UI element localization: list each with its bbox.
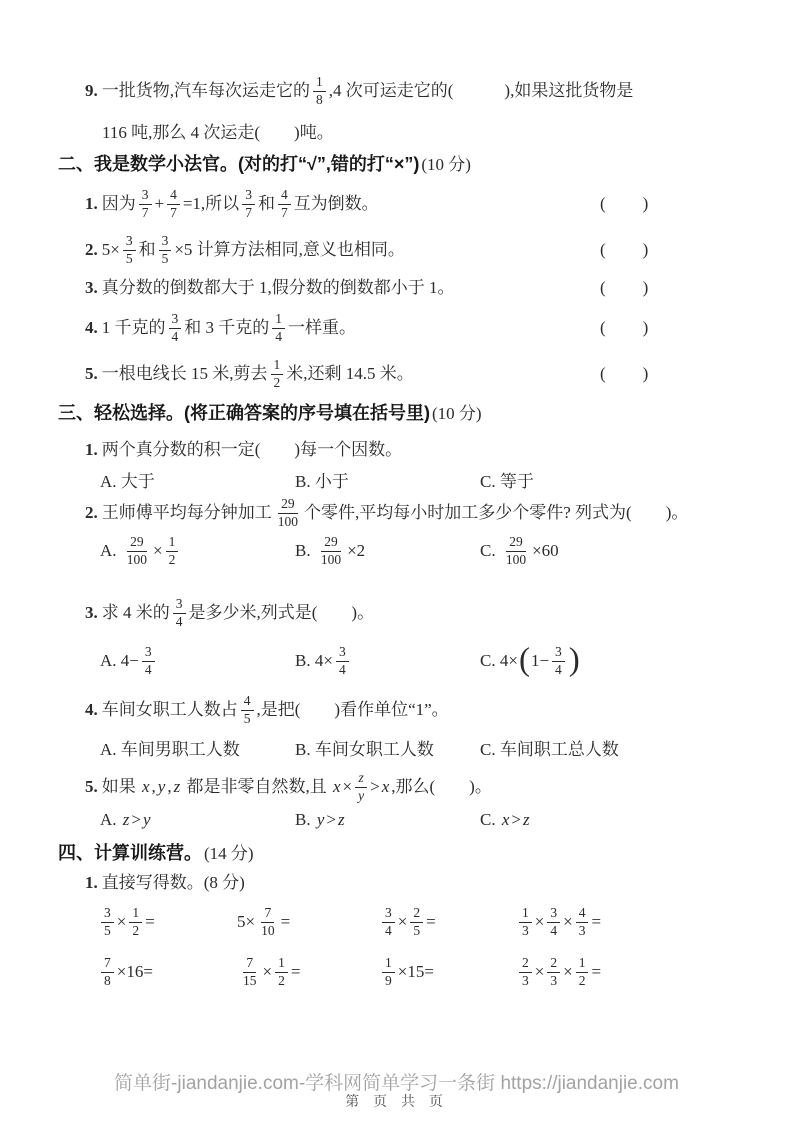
fraction: 47 xyxy=(167,187,180,222)
calc-row-2: 78×16= 715×12= 19×15= 23×23×12= xyxy=(98,952,601,992)
mc-item-1-stem: 1. 两个真分数的积一定( )每一个因数。 xyxy=(85,439,402,461)
question-9-line-2: 116 吨,那么 4 次运走( )吨。 xyxy=(102,122,334,144)
calc-expression: 35×12= xyxy=(98,905,237,940)
mc-item-2-options: A. 29100×12 B. 29100×2 C. 29100×60 xyxy=(100,531,559,571)
big-parenthesis: ( xyxy=(519,646,530,676)
mc-item-4-text: 车间女职工人数占45,是把( )看作单位“1”。 xyxy=(102,693,449,728)
calc-sub-score: (8 分) xyxy=(204,873,245,893)
mc-item-3-text: 求 4 米的34是多少米,列式是( )。 xyxy=(102,596,374,631)
tf-item-1-answer: ( ) xyxy=(600,184,649,224)
fraction: 37 xyxy=(139,187,152,222)
fraction: 43 xyxy=(576,905,589,940)
tf-item-3: 3. 真分数的倒数都大于 1,假分数的倒数都小于 1。 xyxy=(85,277,455,299)
tf-item-4-number: 4. xyxy=(85,318,98,338)
fraction: 23 xyxy=(547,955,560,990)
tf-item-1-number: 1. xyxy=(85,194,98,214)
fraction: 710 xyxy=(258,905,278,940)
calc-sub-text: 直接写得数。 xyxy=(102,873,204,893)
option-b: B. 4×34 xyxy=(295,644,480,679)
fraction: 29100 xyxy=(124,534,150,569)
section-2-heading: 二、我是数学小法官。(对的打“√”,错的打“×”)(10 分) xyxy=(58,154,471,176)
tf-item-2-text: 5×35和35×5 计算方法相同,意义也相同。 xyxy=(102,233,405,268)
section-3-heading: 三、轻松选择。(将正确答案的序号填在括号里)(10 分) xyxy=(58,403,482,425)
math-variable: y xyxy=(143,810,151,830)
question-9-line-1: 9. 一批货物,汽车每次运走它的18,4 次可运走它的( ),如果这批货物是 xyxy=(85,71,633,111)
mc-item-1-text: 两个真分数的积一定( )每一个因数。 xyxy=(102,440,402,460)
answer-parens: ( ) xyxy=(600,278,649,298)
calc-expression: 5×710= xyxy=(237,905,379,940)
calc-expression: 23×23×12= xyxy=(516,955,601,990)
question-9-text-continued: 116 吨,那么 4 次运走( )吨。 xyxy=(102,123,334,143)
fraction: 35 xyxy=(123,233,136,268)
fraction: 34 xyxy=(336,644,349,679)
calc-expression: 715×12= xyxy=(237,955,379,990)
tf-item-3-answer: ( ) xyxy=(600,277,649,299)
option-c: C. 车间职工总人数 xyxy=(480,735,619,760)
option-c: C. 4×(1−34) xyxy=(480,644,581,679)
fraction: 34 xyxy=(547,905,560,940)
tf-item-1-text: 因为37+47=1,所以37和47互为倒数。 xyxy=(102,187,379,222)
math-variable: z xyxy=(123,810,130,830)
option-b: B. 车间女职工人数 xyxy=(295,735,480,760)
fraction: zy xyxy=(355,770,367,805)
calc-expression: 34×25= xyxy=(379,905,516,940)
fraction: 18 xyxy=(313,74,326,109)
option-c: C. 等于 xyxy=(480,467,534,492)
section-3-score: (10 分) xyxy=(432,404,482,424)
section-4-score: (14 分) xyxy=(204,844,254,864)
tf-item-5-number: 5. xyxy=(85,364,98,384)
math-variable: z xyxy=(338,810,345,830)
fraction: 37 xyxy=(242,187,255,222)
worksheet-page: 9. 一批货物,汽车每次运走它的18,4 次可运走它的( ),如果这批货物是 1… xyxy=(0,0,793,1122)
calc-row-1: 35×12= 5×710= 34×25= 13×34×43= xyxy=(98,902,601,942)
mc-item-3-number: 3. xyxy=(85,603,98,623)
answer-parens: ( ) xyxy=(600,318,649,338)
fraction: 78 xyxy=(101,955,114,990)
fraction: 12 xyxy=(275,955,288,990)
calc-expression: 19×15= xyxy=(379,955,516,990)
tf-item-5-text: 一根电线长 15 米,剪去12米,还剩 14.5 米。 xyxy=(102,357,414,392)
fraction: 12 xyxy=(271,357,284,392)
fraction: 35 xyxy=(159,233,172,268)
answer-parens: ( ) xyxy=(600,194,649,214)
fraction: 23 xyxy=(519,955,532,990)
mc-item-2-stem: 2. 王师傅平均每分钟加工29100个零件,平均每小时加工多少个零件? 列式为(… xyxy=(85,493,688,533)
fraction: 34 xyxy=(382,905,395,940)
math-variable: y xyxy=(317,810,325,830)
question-9-number: 9. xyxy=(85,81,98,101)
calc-expression: 13×34×43= xyxy=(516,905,601,940)
mc-item-1-options: A. 大于 B. 小于 C. 等于 xyxy=(100,467,534,489)
tf-item-2-number: 2. xyxy=(85,240,98,260)
math-variable: z xyxy=(174,777,181,797)
tf-item-4-text: 1 千克的34和 3 千克的14一样重。 xyxy=(102,311,356,346)
fraction: 35 xyxy=(101,905,114,940)
fraction: 34 xyxy=(173,596,186,631)
option-b: B. 29100×2 xyxy=(295,534,480,569)
fraction: 29100 xyxy=(503,534,529,569)
math-variable: x xyxy=(502,810,510,830)
fraction: 14 xyxy=(272,311,285,346)
section-4-heading-text: 四、计算训练营。 xyxy=(58,843,202,865)
tf-item-2-answer: ( ) xyxy=(600,230,649,270)
fraction: 12 xyxy=(576,955,589,990)
option-b: B. y>z xyxy=(295,810,480,830)
footer-page-line: 第 页 共 页 xyxy=(0,1091,793,1111)
mc-item-4-options: A. 车间男职工人数 B. 车间女职工人数 C. 车间职工总人数 xyxy=(100,735,619,757)
calc-sub-number: 1. xyxy=(85,873,98,893)
calc-subheading: 1. 直接写得数。 (8 分) xyxy=(85,872,245,894)
footer-site-line: 简单街-jiandanjie.com-学科网简单学习一条街 https://ji… xyxy=(0,1068,793,1090)
section-3-heading-text: 三、轻松选择。(将正确答案的序号填在括号里) xyxy=(58,403,430,425)
big-parenthesis: ) xyxy=(569,646,580,676)
math-variable: x xyxy=(333,777,341,797)
fraction: 12 xyxy=(166,534,179,569)
mc-item-3-options: A. 4−34 B. 4×34 C. 4×(1−34) xyxy=(100,639,581,683)
tf-item-5: 5. 一根电线长 15 米,剪去12米,还剩 14.5 米。 xyxy=(85,354,414,394)
fraction: 12 xyxy=(129,905,142,940)
option-c: C. 29100×60 xyxy=(480,534,559,569)
fraction: 29100 xyxy=(275,496,301,531)
fraction: 13 xyxy=(519,905,532,940)
mc-item-4-stem: 4. 车间女职工人数占45,是把( )看作单位“1”。 xyxy=(85,690,449,730)
fraction: 34 xyxy=(142,644,155,679)
tf-item-3-text: 真分数的倒数都大于 1,假分数的倒数都小于 1。 xyxy=(102,278,455,298)
option-a: A. 大于 xyxy=(100,467,295,492)
fraction: 715 xyxy=(240,955,260,990)
answer-parens: ( ) xyxy=(600,240,649,260)
fraction: 45 xyxy=(241,693,254,728)
calc-expression: 78×16= xyxy=(98,955,237,990)
question-9-text: 一批货物,汽车每次运走它的18,4 次可运走它的( ),如果这批货物是 xyxy=(102,74,634,109)
option-a: A. 29100×12 xyxy=(100,534,295,569)
tf-item-3-number: 3. xyxy=(85,278,98,298)
tf-item-1: 1. 因为37+47=1,所以37和47互为倒数。 xyxy=(85,184,379,224)
mc-item-3-stem: 3. 求 4 米的34是多少米,列式是( )。 xyxy=(85,593,374,633)
math-variable: z xyxy=(523,810,530,830)
fraction: 34 xyxy=(552,644,565,679)
tf-item-4: 4. 1 千克的34和 3 千克的14一样重。 xyxy=(85,308,356,348)
mc-item-1-number: 1. xyxy=(85,440,98,460)
math-variable: x xyxy=(142,777,150,797)
mc-item-5-options: A. z>y B. y>z C. x>z xyxy=(100,809,532,831)
math-variable: x xyxy=(382,777,390,797)
option-a: A. z>y xyxy=(100,810,295,830)
fraction: 47 xyxy=(278,187,291,222)
mc-item-4-number: 4. xyxy=(85,700,98,720)
math-variable: y xyxy=(158,777,166,797)
option-a: A. 4−34 xyxy=(100,644,295,679)
answer-parens: ( ) xyxy=(600,364,649,384)
mc-item-5-text: 如果 x,y,z 都是非零自然数,且 x×zy>x,那么( )。 xyxy=(102,770,492,805)
mc-item-5-number: 5. xyxy=(85,777,98,797)
fraction: 19 xyxy=(382,955,395,990)
section-2-heading-text: 二、我是数学小法官。(对的打“√”,错的打“×”) xyxy=(58,154,419,176)
tf-item-5-answer: ( ) xyxy=(600,354,649,394)
tf-item-4-answer: ( ) xyxy=(600,308,649,348)
tf-item-2: 2. 5×35和35×5 计算方法相同,意义也相同。 xyxy=(85,230,405,270)
mc-item-5-stem: 5. 如果 x,y,z 都是非零自然数,且 x×zy>x,那么( )。 xyxy=(85,767,492,807)
option-b: B. 小于 xyxy=(295,467,480,492)
fraction: 25 xyxy=(410,905,423,940)
mc-item-2-number: 2. xyxy=(85,503,98,523)
section-2-score: (10 分) xyxy=(421,155,471,175)
fraction: 34 xyxy=(169,311,182,346)
option-a: A. 车间男职工人数 xyxy=(100,735,295,760)
fraction: 29100 xyxy=(318,534,344,569)
section-4-heading: 四、计算训练营。(14 分) xyxy=(58,843,254,865)
option-c: C. x>z xyxy=(480,810,532,830)
mc-item-2-text: 王师傅平均每分钟加工29100个零件,平均每小时加工多少个零件? 列式为( )。 xyxy=(102,496,689,531)
